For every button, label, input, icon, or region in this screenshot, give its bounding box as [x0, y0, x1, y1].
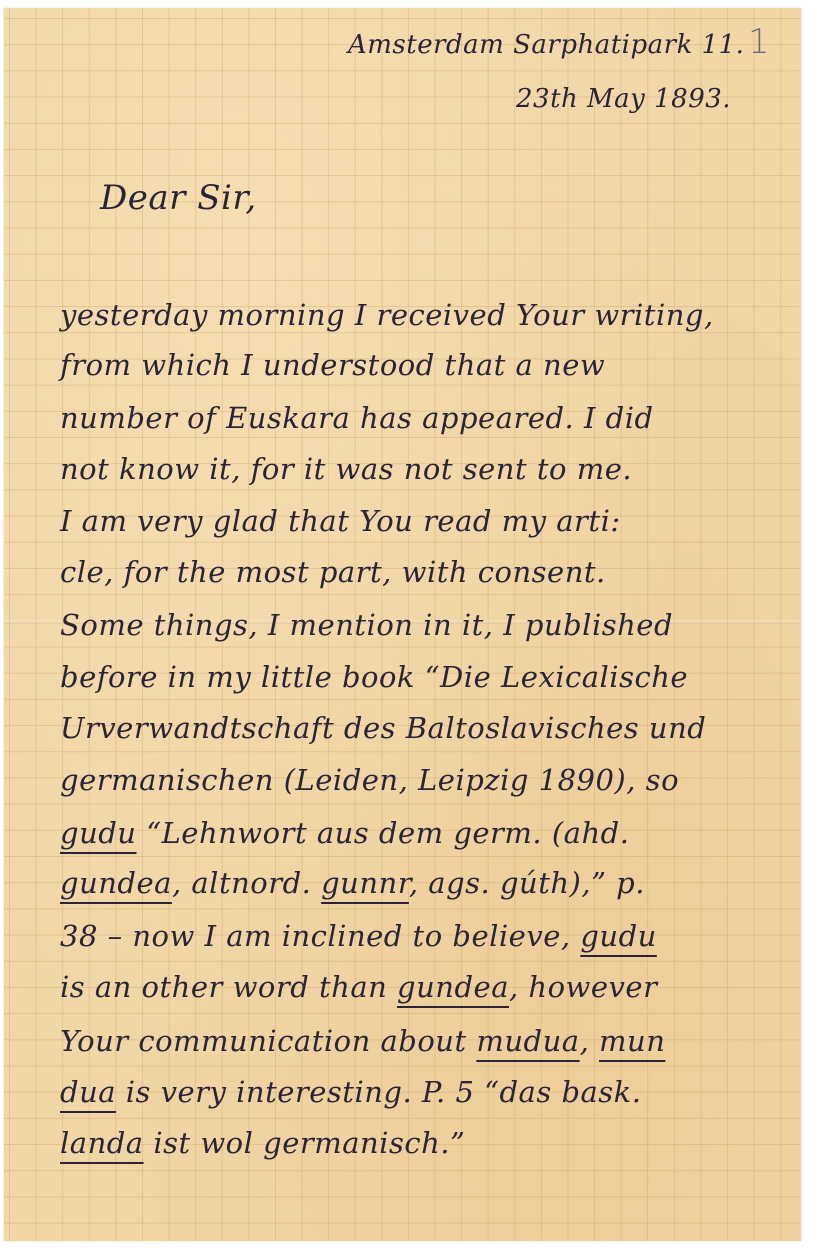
line-text: before in my little book “Die Lexicalisc…	[60, 660, 688, 694]
underlined-word: gundea	[60, 866, 172, 900]
letter-line: number of Euskara has appeared. I did	[60, 401, 654, 435]
letter-line: germanischen (Leiden, Leipzig 1890), so	[60, 763, 679, 797]
underlined-word: landa	[60, 1126, 144, 1160]
letter-salutation: Dear Sir,	[100, 178, 257, 218]
line-text: germanischen (Leiden, Leipzig 1890), so	[60, 763, 679, 797]
line-text: Urverwandtschaft des Baltoslavisches und	[60, 711, 706, 745]
underlined-word: dua	[60, 1075, 116, 1109]
line-text: Some things, I mention in it, I publishe…	[60, 608, 673, 642]
underlined-word: mun	[599, 1024, 665, 1058]
line-text: is very interesting. P. 5 “das bask.	[116, 1075, 641, 1109]
letter-line: landa ist wol germanisch.”	[60, 1126, 465, 1160]
letter-line: 38 – now I am inclined to believe, gudu	[60, 919, 657, 953]
underlined-word: gudu	[580, 919, 656, 953]
letter-line: before in my little book “Die Lexicalisc…	[60, 660, 688, 694]
letter-line: cle, for the most part, with consent.	[60, 555, 606, 589]
line-text: , ags. gúth),” p.	[409, 866, 645, 900]
line-text: ,	[580, 1024, 599, 1058]
line-text: 38 – now I am inclined to believe,	[60, 919, 580, 953]
line-text: Your communication about	[60, 1024, 476, 1058]
line-text: yesterday morning I received Your writin…	[60, 298, 714, 332]
letter-line: gudu “Lehnwort aus dem germ. (ahd.	[60, 816, 629, 850]
letter-line: Urverwandtschaft des Baltoslavisches und	[60, 711, 706, 745]
letter-line: dua is very interesting. P. 5 “das bask.	[60, 1075, 641, 1109]
letter-date: 23th May 1893.	[516, 84, 731, 114]
letter-page: Amsterdam Sarphatipark 11. 1 23th May 18…	[4, 8, 801, 1241]
letter-line: not know it, for it was not sent to me.	[60, 452, 632, 486]
line-text: is an other word than	[60, 970, 397, 1004]
line-text: number of Euskara has appeared. I did	[60, 401, 654, 435]
letter-line: yesterday morning I received Your writin…	[60, 298, 714, 332]
underlined-word: gundea	[397, 970, 509, 1004]
line-text: from which I understood that a new	[60, 348, 605, 382]
letter-line: is an other word than gundea, however	[60, 970, 657, 1004]
line-text: “Lehnwort aus dem germ. (ahd.	[136, 816, 629, 850]
letter-line: I am very glad that You read my arti:	[60, 504, 621, 538]
underlined-word: gudu	[60, 816, 136, 850]
letter-line: Some things, I mention in it, I publishe…	[60, 608, 673, 642]
line-text: , altnord.	[172, 866, 321, 900]
line-text: cle, for the most part, with consent.	[60, 555, 606, 589]
line-text: I am very glad that You read my arti:	[60, 504, 621, 538]
letter-line: Your communication about mudua, mun	[60, 1024, 665, 1058]
letter-line: from which I understood that a new	[60, 348, 605, 382]
letter-address: Amsterdam Sarphatipark 11.	[348, 30, 744, 60]
underlined-word: mudua	[476, 1024, 579, 1058]
line-text: not know it, for it was not sent to me.	[60, 452, 632, 486]
underlined-word: gunnr	[321, 866, 409, 900]
line-text: ist wol germanisch.”	[144, 1126, 466, 1160]
letter-line: gundea, altnord. gunnr, ags. gúth),” p.	[60, 866, 645, 900]
line-text: , however	[509, 970, 657, 1004]
page-number: 1	[748, 22, 770, 62]
